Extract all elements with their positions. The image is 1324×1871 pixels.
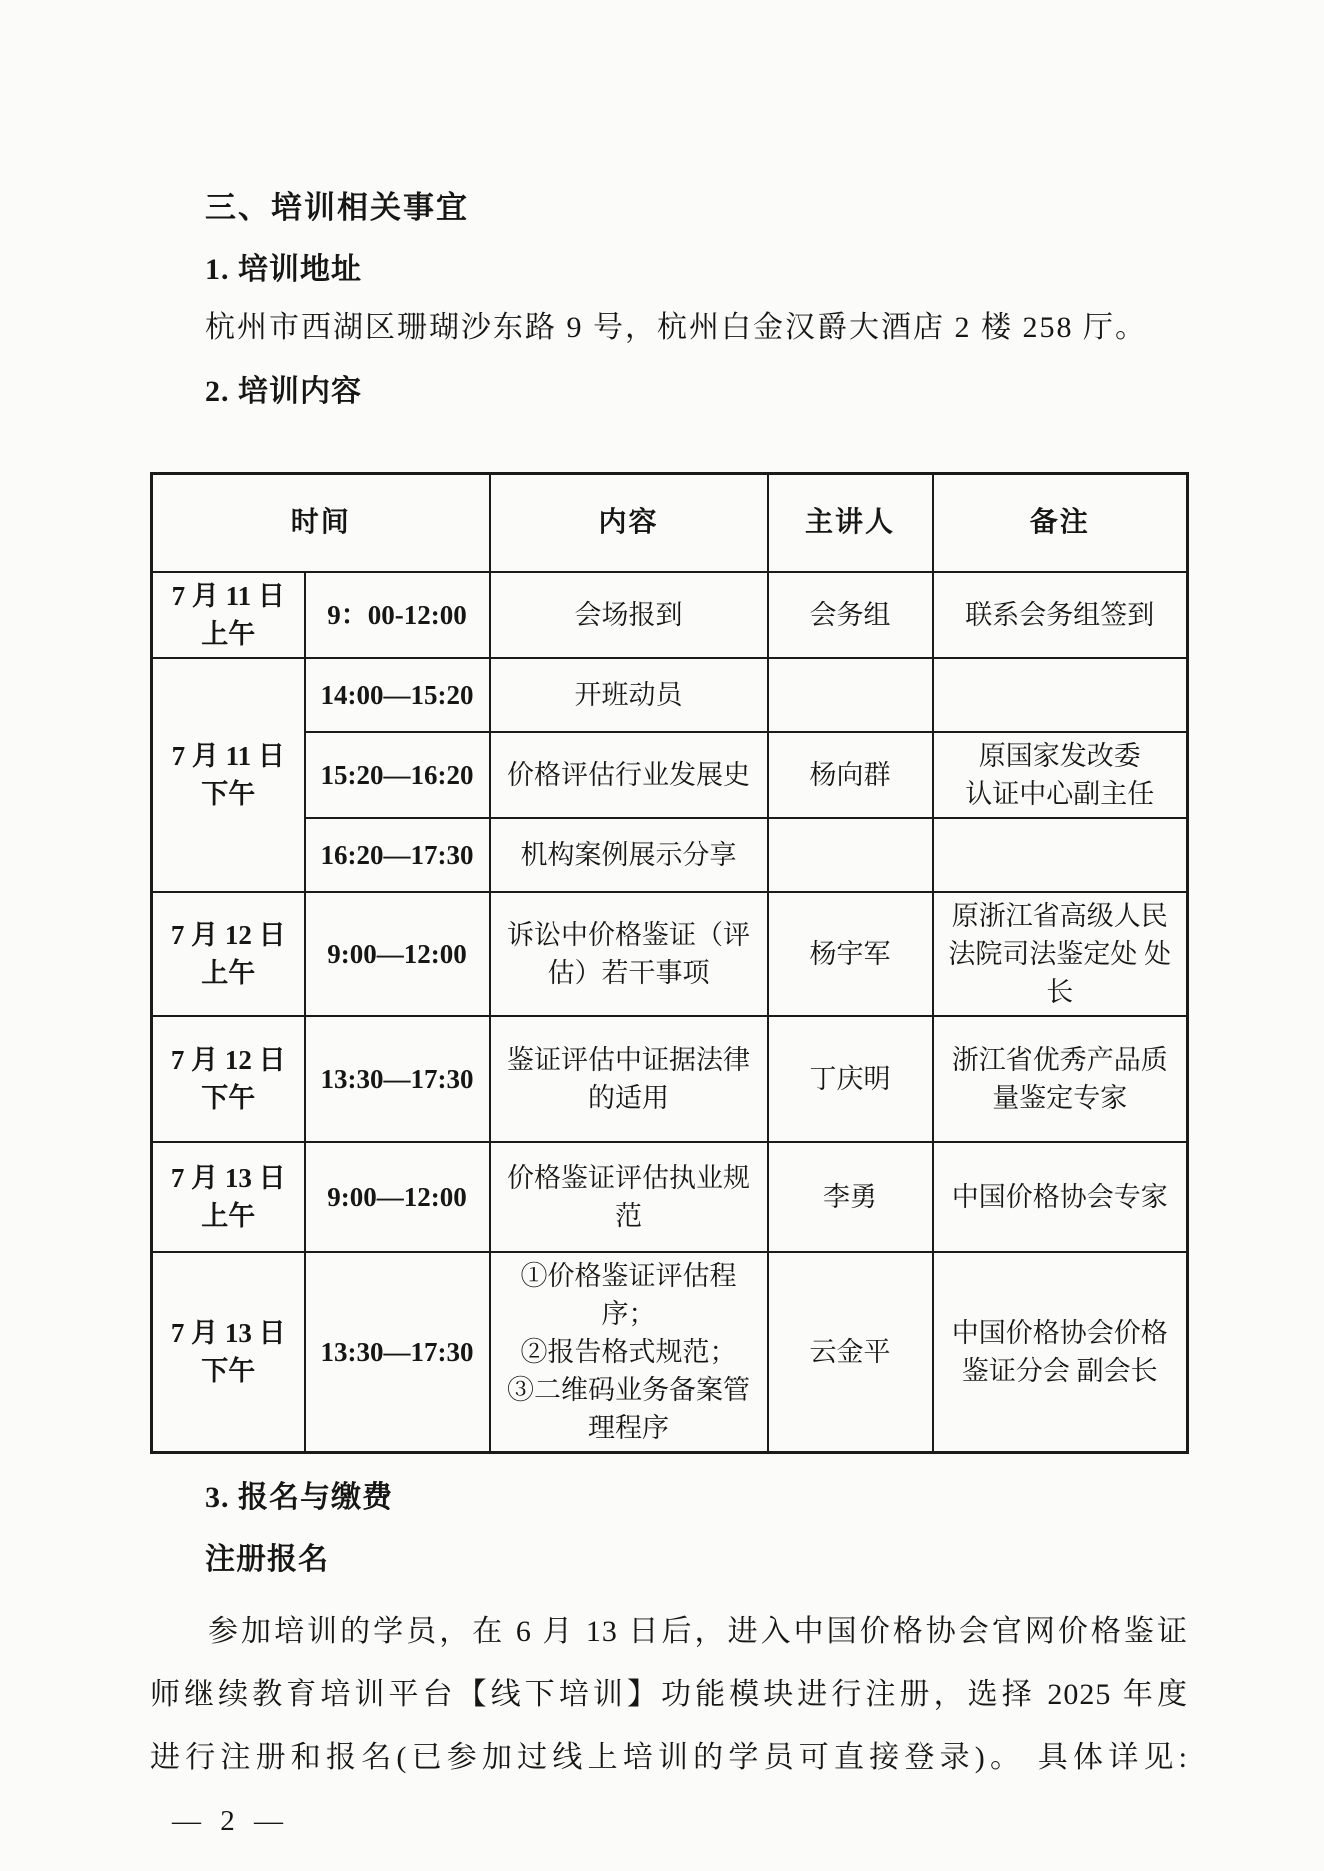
speaker-cell bbox=[768, 658, 933, 732]
content-cell: 机构案例展示分享 bbox=[490, 818, 768, 892]
subheading-registration-payment: 3. 报名与缴费 bbox=[205, 1480, 1188, 1516]
time-cell: 9:00—12:00 bbox=[305, 1142, 490, 1252]
schedule-table-body: 7 月 11 日 上午9：00-12:00会场报到会务组联系会务组签到7 月 1… bbox=[152, 572, 1188, 1453]
table-row: 15:20—16:20价格评估行业发展史杨向群原国家发改委 认证中心副主任 bbox=[152, 732, 1188, 818]
speaker-cell: 丁庆明 bbox=[768, 1016, 933, 1142]
speaker-cell bbox=[768, 818, 933, 892]
table-row: 7 月 11 日 下午14:00—15:20开班动员 bbox=[152, 658, 1188, 732]
time-cell: 15:20—16:20 bbox=[305, 732, 490, 818]
section-heading: 三、培训相关事宜 bbox=[205, 190, 1188, 226]
note-cell: 浙江省优秀产品质量鉴定专家 bbox=[933, 1016, 1188, 1142]
time-cell: 13:30—17:30 bbox=[305, 1252, 490, 1453]
time-cell: 14:00—15:20 bbox=[305, 658, 490, 732]
schedule-table: 时间 内容 主讲人 备注 7 月 11 日 上午9：00-12:00会场报到会务… bbox=[150, 472, 1189, 1454]
content-cell: 会场报到 bbox=[490, 572, 768, 658]
note-cell: 原国家发改委 认证中心副主任 bbox=[933, 732, 1188, 818]
subheading-training-content: 2. 培训内容 bbox=[205, 374, 1188, 410]
table-header-row: 时间 内容 主讲人 备注 bbox=[152, 474, 1188, 572]
training-address-text: 杭州市西湖区珊瑚沙东路 9 号，杭州白金汉爵大酒店 2 楼 258 厅。 bbox=[150, 308, 1188, 348]
speaker-cell: 会务组 bbox=[768, 572, 933, 658]
note-cell bbox=[933, 658, 1188, 732]
note-cell: 中国价格协会价格鉴证分会 副会长 bbox=[933, 1252, 1188, 1453]
table-row: 16:20—17:30机构案例展示分享 bbox=[152, 818, 1188, 892]
content-cell: 价格评估行业发展史 bbox=[490, 732, 768, 818]
content-cell: 诉讼中价格鉴证（评估）若干事项 bbox=[490, 892, 768, 1016]
date-cell: 7 月 12 日 上午 bbox=[152, 892, 305, 1016]
time-cell: 9：00-12:00 bbox=[305, 572, 490, 658]
table-row: 7 月 12 日 上午9:00—12:00诉讼中价格鉴证（评估）若干事项杨宇军原… bbox=[152, 892, 1188, 1016]
col-header-content: 内容 bbox=[490, 474, 768, 572]
note-cell: 联系会务组签到 bbox=[933, 572, 1188, 658]
date-cell: 7 月 11 日 上午 bbox=[152, 572, 305, 658]
col-header-time: 时间 bbox=[152, 474, 490, 572]
date-cell: 7 月 12 日 下午 bbox=[152, 1016, 305, 1142]
speaker-cell: 云金平 bbox=[768, 1252, 933, 1453]
note-cell: 原浙江省高级人民法院司法鉴定处 处长 bbox=[933, 892, 1188, 1016]
date-cell: 7 月 13 日 上午 bbox=[152, 1142, 305, 1252]
paragraph-line: 参加培训的学员，在 6 月 13 日后，进入中国价格协会官网价格鉴证 bbox=[150, 1600, 1188, 1663]
col-header-note: 备注 bbox=[933, 474, 1188, 572]
time-cell: 13:30—17:30 bbox=[305, 1016, 490, 1142]
subheading-training-address: 1. 培训地址 bbox=[205, 252, 1188, 288]
table-row: 7 月 13 日 上午9:00—12:00价格鉴证评估执业规范李勇中国价格协会专… bbox=[152, 1142, 1188, 1252]
paragraph-line: 师继续教育培训平台【线下培训】功能模块进行注册，选择 2025 年度 bbox=[150, 1663, 1188, 1726]
table-row: 7 月 12 日 下午13:30—17:30鉴证评估中证据法律的适用丁庆明浙江省… bbox=[152, 1016, 1188, 1142]
col-header-speaker: 主讲人 bbox=[768, 474, 933, 572]
date-cell: 7 月 13 日 下午 bbox=[152, 1252, 305, 1453]
note-cell: 中国价格协会专家 bbox=[933, 1142, 1188, 1252]
registration-paragraph: 参加培训的学员，在 6 月 13 日后，进入中国价格协会官网价格鉴证 师继续教育… bbox=[150, 1600, 1188, 1789]
content-cell: 鉴证评估中证据法律的适用 bbox=[490, 1016, 768, 1142]
note-cell bbox=[933, 818, 1188, 892]
date-cell: 7 月 11 日 下午 bbox=[152, 658, 305, 892]
content-cell: ①价格鉴证评估程序； ②报告格式规范； ③二维码业务备案管理程序 bbox=[490, 1252, 768, 1453]
time-cell: 16:20—17:30 bbox=[305, 818, 490, 892]
speaker-cell: 杨宇军 bbox=[768, 892, 933, 1016]
content-cell: 价格鉴证评估执业规范 bbox=[490, 1142, 768, 1252]
time-cell: 9:00—12:00 bbox=[305, 892, 490, 1016]
subheading-register-signup: 注册报名 bbox=[205, 1542, 1188, 1578]
paragraph-line: 进行注册和报名(已参加过线上培训的学员可直接登录)。 具体详见: bbox=[150, 1726, 1188, 1789]
page-number: — 2 — bbox=[172, 1805, 1188, 1838]
table-row: 7 月 11 日 上午9：00-12:00会场报到会务组联系会务组签到 bbox=[152, 572, 1188, 658]
table-row: 7 月 13 日 下午13:30—17:30①价格鉴证评估程序； ②报告格式规范… bbox=[152, 1252, 1188, 1453]
speaker-cell: 李勇 bbox=[768, 1142, 933, 1252]
content-cell: 开班动员 bbox=[490, 658, 768, 732]
document-page: 三、培训相关事宜 1. 培训地址 杭州市西湖区珊瑚沙东路 9 号，杭州白金汉爵大… bbox=[0, 0, 1324, 1838]
speaker-cell: 杨向群 bbox=[768, 732, 933, 818]
